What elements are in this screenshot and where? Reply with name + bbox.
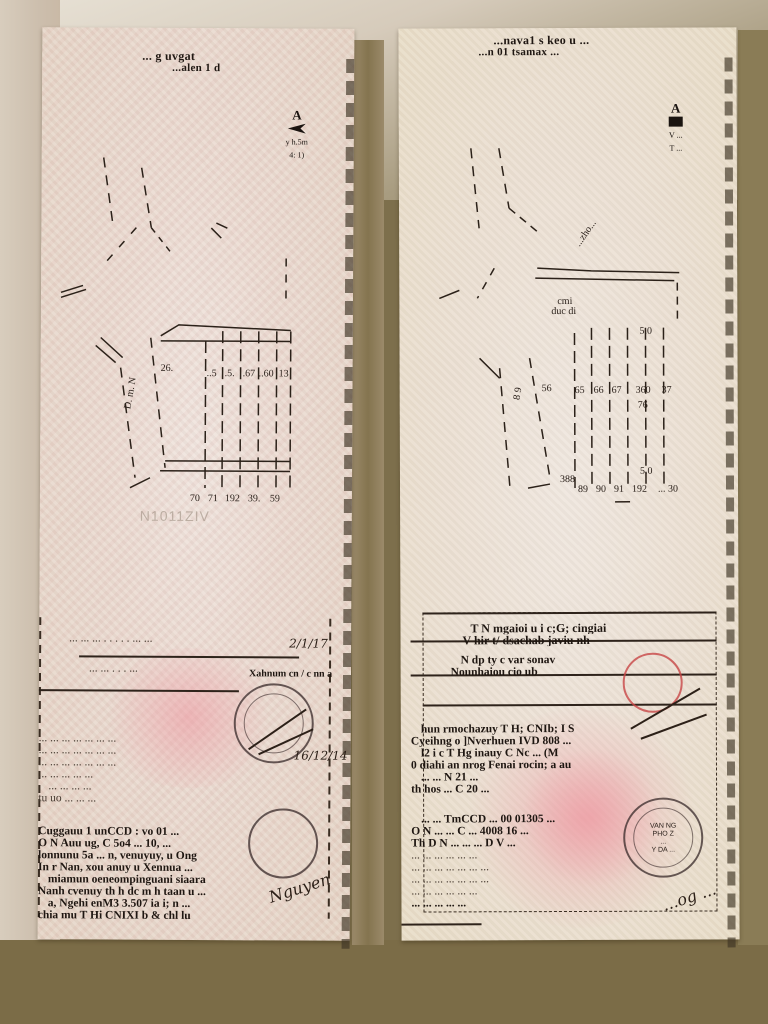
plot-number: 70 bbox=[190, 493, 200, 504]
side-label: 8 9 bbox=[511, 387, 524, 401]
transfer-text: ... ... ... ... ... ... ... bbox=[411, 873, 621, 886]
plot-number: 71 bbox=[208, 493, 218, 504]
register-text: hun rmochazuy T H; CNIb; I S bbox=[421, 723, 621, 736]
register-text: Cyeihng o ]Nverhuen IVD 808 ... bbox=[411, 735, 621, 748]
plot-number: 65 bbox=[575, 385, 585, 396]
right-certificate-page: ...nava1 s keo u ... ...n 01 tsamax ... … bbox=[398, 27, 739, 940]
plot-number: 90 bbox=[596, 484, 606, 495]
plot-number: .5. bbox=[225, 368, 235, 379]
register-subtitle: N dp ty c var sonav bbox=[461, 654, 621, 667]
transfer-text: Th D N ... ... ... D V ... bbox=[411, 837, 621, 850]
transfer-text: ... ... ... ... ... bbox=[411, 897, 611, 910]
register-text: ... ... . . . ... bbox=[89, 662, 239, 675]
register-text: 0 diahi an nrog Fenai rocin; a au bbox=[411, 759, 621, 772]
register-text: l2 i c T Hg inauy C Nc ... (M bbox=[421, 747, 621, 760]
plot-number: 76 bbox=[638, 400, 648, 411]
register-text: ... ... ... ... bbox=[48, 780, 188, 793]
plot-number: 67 bbox=[612, 385, 622, 396]
plot-number: 59 bbox=[270, 493, 280, 504]
transfer-text: O N ... ... C ... 4008 16 ... bbox=[411, 825, 621, 838]
plot-number: 360 bbox=[636, 385, 651, 396]
watermark-text: N1011ZIV bbox=[140, 508, 210, 524]
register-text: tu uo ... ... ... bbox=[38, 792, 178, 805]
road-label: duc di bbox=[551, 306, 576, 317]
register-title: V hir t/ dsachab javiu nh bbox=[463, 634, 663, 647]
stamp-text: PHO Z bbox=[634, 831, 692, 839]
rule-line bbox=[402, 923, 482, 925]
plot-number: ..5 bbox=[207, 368, 217, 379]
stamp-text: ... bbox=[634, 839, 692, 847]
transfer-text: chia mu T Hi CNIXI b & chl lu bbox=[38, 909, 238, 922]
transfer-text: In r Nan, xou anuy u Xennua ... bbox=[38, 861, 248, 874]
register-title: T N mgaioi u i c;G; cingiai bbox=[470, 622, 670, 635]
plot-diagram bbox=[40, 27, 355, 529]
left-certificate-page: ... g uvgat ...alen 1 d A y h.5m 4: 1) bbox=[38, 27, 355, 941]
transfer-text: lonnunu 5a ... n, venuyuy, u Ong bbox=[38, 849, 248, 862]
official-stamp bbox=[248, 808, 318, 878]
plot-number: 192 bbox=[225, 493, 240, 504]
width-label: 5.0 bbox=[640, 466, 653, 477]
plot-number: 192 bbox=[632, 484, 647, 495]
plot-number: 37 bbox=[662, 385, 672, 396]
plot-number: 66 bbox=[594, 385, 604, 396]
register-text: th hos ... C 20 ... bbox=[411, 783, 531, 795]
plot-number: 89 bbox=[578, 484, 588, 495]
register-text: ... ... ... . . . . . ... ... bbox=[69, 632, 269, 645]
plot-number: ... 30 bbox=[658, 484, 678, 495]
register-text: ... ... N 21 ... bbox=[421, 771, 541, 783]
transfer-text: O N Auu ug, C 5o4 ... 10, ... bbox=[38, 837, 248, 850]
stamp-text: VAN NG bbox=[634, 823, 692, 831]
plot-number: .67 bbox=[243, 368, 256, 379]
transfer-text: Nanh cvenuy th h dc m h taan u ... bbox=[38, 885, 248, 898]
register-text: ... ... ... ... ... ... ... bbox=[39, 732, 219, 745]
plot-diagram bbox=[398, 27, 738, 528]
official-stamp: VAN NG PHO Z ... Y DA ... bbox=[623, 798, 703, 878]
register-text: ... ... ... ... ... ... ... bbox=[39, 744, 219, 757]
stamp-text: Y DA ... bbox=[634, 847, 692, 855]
plot-number: 56 bbox=[542, 383, 552, 394]
plot-number: 388 bbox=[560, 474, 575, 485]
stamp-note: Xahnum cn / c nn a cuia / ... / cauvau bbox=[249, 668, 334, 680]
date-note: 2/1/17 bbox=[289, 636, 328, 650]
transfer-text: ... ... ... ... ... ... ... bbox=[411, 861, 621, 874]
register-text: ... ... ... ... ... ... ... bbox=[39, 756, 219, 769]
stamp-inner-ring: VAN NG PHO Z ... Y DA ... bbox=[633, 808, 693, 868]
plot-number: 13 bbox=[279, 368, 289, 379]
transfer-text: miamun oeneompinguani siaara bbox=[48, 873, 248, 886]
width-label: 5.0 bbox=[639, 326, 652, 337]
transfer-text: ... ... ... ... ... ... bbox=[411, 885, 611, 898]
table-surface bbox=[0, 940, 768, 1024]
table-surface-right bbox=[738, 30, 768, 945]
page-gap bbox=[352, 40, 384, 945]
plot-number: 26. bbox=[161, 363, 174, 374]
transfer-text: ... ... TmCCD ... 00 01305 ... bbox=[421, 813, 621, 826]
register-text: ... ... ... ... ... bbox=[38, 768, 218, 781]
transfer-text: a, Ngehi enM3 3.507 ia i; n ... bbox=[48, 897, 248, 910]
plot-number: ..60 bbox=[259, 368, 274, 379]
plot-number: 91 bbox=[614, 484, 624, 495]
register-subtitle: Nounhaiou cio ub bbox=[451, 666, 611, 679]
transfer-text: Cuggauu 1 unCCD : vo 01 ... bbox=[38, 825, 238, 838]
plot-number: 39. bbox=[248, 493, 261, 504]
date-note: 16/12/14 bbox=[294, 749, 348, 763]
photo-scene: ... g uvgat ...alen 1 d A y h.5m 4: 1) bbox=[0, 0, 768, 1024]
transfer-text: ... ... ... ... ... ... bbox=[411, 849, 621, 862]
